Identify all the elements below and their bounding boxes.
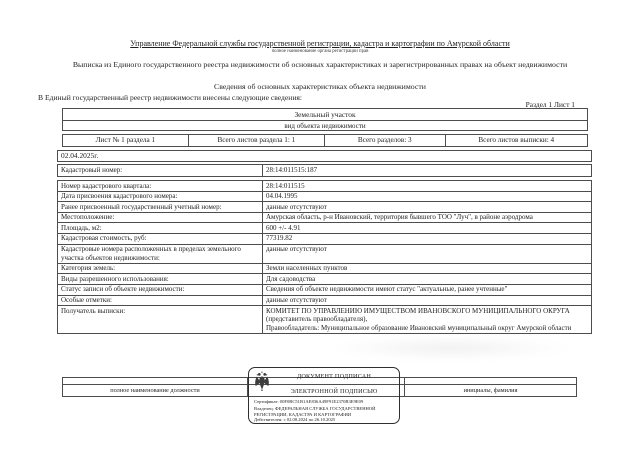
registration-authority-name: Управление Федеральной службы государств… (0, 39, 640, 48)
authority-caption: полное наименование органа регистрации п… (0, 49, 640, 54)
row-value: Для садоводства (263, 274, 591, 284)
row-label: Виды разрешенного использования: (58, 274, 263, 284)
recipient-line-2: (представитель правообладателя), (266, 315, 588, 324)
row-label: Категория земель: (58, 264, 263, 274)
table-row: Дата присвоения кадастрового номера: 04.… (58, 192, 591, 203)
cadastral-number-row: Кадастровый номер: 28:14:011515:187 (57, 164, 592, 177)
table-row: Кадастровые номера расположенных в преде… (58, 245, 591, 264)
row-label: Кадастровая стоимость, руб: (58, 234, 263, 244)
table-row: Статус записи об объекте недвижимости: С… (58, 285, 591, 296)
digital-signature-stamp: ДОКУМЕНТ ПОДПИСАН ЭЛЕКТРОННОЙ ПОДПИСЬЮ С… (248, 367, 400, 424)
row-label: Площадь, м2: (58, 223, 263, 233)
sheet-info-col1: Лист № 1 раздела 1 (63, 135, 189, 146)
signature-cell-name (405, 378, 576, 384)
table-row: Виды разрешенного использования: Для сад… (58, 274, 591, 285)
object-kind-box: Земельный участок вид объекта недвижимос… (62, 108, 588, 131)
stamp-owner-line-1: Владелец: ФЕДЕРАЛЬНАЯ СЛУЖБА ГОСУДАРСТВЕ… (254, 406, 395, 411)
attributes-table: Номер кадастрового квартала: 28:14:01151… (57, 180, 592, 334)
object-kind-caption: вид объекта недвижимости (63, 121, 587, 131)
sheet-info-col2: Всего листов раздела 1: 1 (189, 135, 325, 146)
row-value: данные отсутствуют (263, 245, 591, 263)
extract-date-box: 02.04.2025г. (57, 150, 592, 162)
sheet-info-row: Лист № 1 раздела 1 Всего листов раздела … (62, 134, 588, 147)
row-value: Сведения об объекте недвижимости имеют с… (263, 285, 591, 295)
stamp-line-2: ЭЛЕКТРОННОЙ ПОДПИСЬЮ (273, 388, 395, 395)
row-label: Получатель выписки: (58, 306, 263, 333)
row-label: Особые отметки: (58, 296, 263, 306)
table-row: Площадь, м2: 600 +/- 4.91 (58, 223, 591, 234)
signature-cell-position (63, 378, 248, 384)
table-row: Особые отметки: данные отсутствуют (58, 296, 591, 307)
row-value: 28:14:011515 (263, 181, 591, 191)
row-label: Местоположение: (58, 213, 263, 223)
stamp-certificate: Сертификат: 00F0BC51B1AE836A49F91E2370B3… (254, 399, 395, 404)
table-row: Кадастровая стоимость, руб: 77319.82 (58, 234, 591, 245)
registration-authority-text: Управление Федеральной службы государств… (130, 39, 510, 48)
recipient-line-3: Правообладатель: Муниципальное образован… (266, 324, 588, 333)
table-row: Категория земель: Земли населенных пункт… (58, 264, 591, 275)
stamp-line-1: ДОКУМЕНТ ПОДПИСАН (273, 373, 395, 380)
recipient-line-1: КОМИТЕТ ПО УПРАВЛЕНИЮ ИМУЩЕСТВОМ ИВАНОВС… (266, 307, 588, 316)
coat-of-arms-icon (253, 370, 271, 392)
egrn-extract-page: Управление Федеральной службы государств… (0, 0, 640, 461)
stamp-owner-line-2: РЕГИСТРАЦИИ, КАДАСТРА И КАРТОГРАФИИ (254, 412, 395, 417)
table-row-recipient: Получатель выписки: КОМИТЕТ ПО УПРАВЛЕНИ… (58, 306, 591, 333)
sheet-info-col4: Всего листов выписки: 4 (446, 135, 587, 146)
sheet-info-col3: Всего разделов: 3 (325, 135, 446, 146)
row-value: данные отсутствуют (263, 296, 591, 306)
row-label: Статус записи об объекте недвижимости: (58, 285, 263, 295)
row-label: Номер кадастрового квартала: (58, 181, 263, 191)
table-row: Местоположение: Амурская область, р-н Ив… (58, 213, 591, 224)
row-label: Дата присвоения кадастрового номера: (58, 192, 263, 202)
cadastral-number-value: 28:14:011515:187 (263, 165, 591, 176)
row-value: 04.04.1995 (263, 192, 591, 202)
row-value: данные отсутствуют (263, 202, 591, 212)
row-value: КОМИТЕТ ПО УПРАВЛЕНИЮ ИМУЩЕСТВОМ ИВАНОВС… (263, 306, 591, 333)
table-row: Ранее присвоенный государственный учетны… (58, 202, 591, 213)
row-label: Ранее присвоенный государственный учетны… (58, 202, 263, 212)
cadastral-number-label: Кадастровый номер: (58, 165, 263, 176)
scan-artifact (330, 335, 570, 361)
document-subtitle: Сведения об основных характеристиках объ… (0, 82, 640, 91)
row-label: Кадастровые номера расположенных в преде… (58, 245, 263, 263)
row-value: 77319.82 (263, 234, 591, 244)
table-row: Номер кадастрового квартала: 28:14:01151… (58, 181, 591, 192)
stamp-validity: Действителен: с 02.08.2024 по 26.10.2025 (254, 417, 395, 422)
intro-line: В Единый государственный реестр недвижим… (38, 93, 302, 102)
position-caption: полное наименование должности (63, 385, 248, 396)
row-value: Земли населенных пунктов (263, 264, 591, 274)
row-value: 600 +/- 4.91 (263, 223, 591, 233)
name-caption: инициалы, фамилия (405, 385, 576, 396)
document-title: Выписка из Единого государственного реес… (30, 60, 610, 69)
row-value: Амурская область, р-н Ивановский, террит… (263, 213, 591, 223)
object-kind-value: Земельный участок (63, 109, 587, 121)
